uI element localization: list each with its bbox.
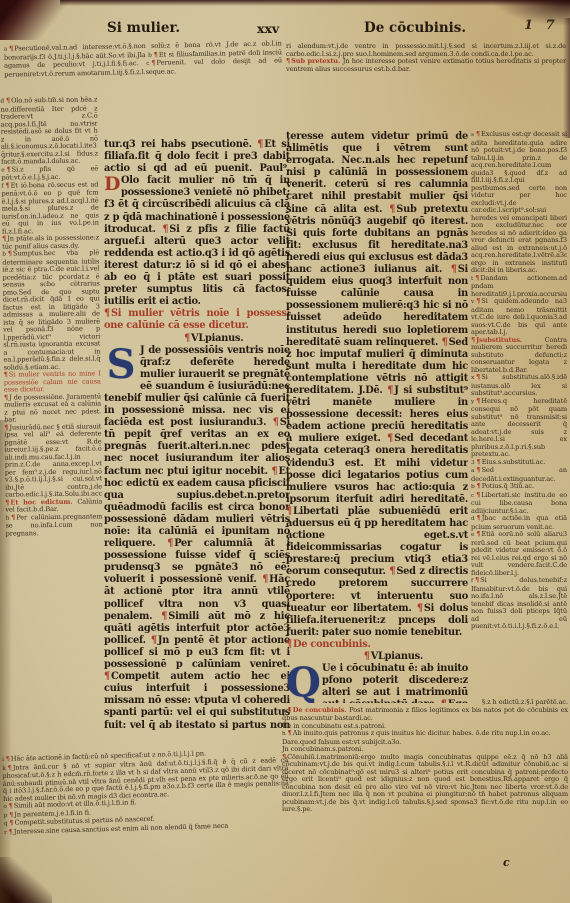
text-content: Competit autem actio hec ei cuius interf…: [104, 671, 290, 731]
text-content: VLpianus.: [371, 651, 423, 662]
gutter-reference-letter: v: [471, 299, 474, 305]
pilcrow-mark: ¶: [442, 337, 449, 348]
gutter-reference-letter: d: [471, 516, 475, 522]
gutter-reference-letter: t: [471, 276, 473, 282]
text-run: ¶Cōnubiū.i.matrimoniū:ergo multo magis c…: [282, 754, 568, 814]
signature-mark: c: [503, 856, 510, 869]
photo-edge-bottom-left: [0, 857, 52, 903]
text-run: x¶Si substitutus.alō.§.idē iustanus.alō …: [471, 374, 567, 398]
text-run: h¶Per calūniam.pregnantem se no.infa.l.c…: [5, 513, 102, 538]
text-run: ¶Competit autem actio hec ei cuius inter…: [104, 671, 290, 731]
text-run: b¶Sumptus.hec vba plē determinare sequen…: [2, 249, 100, 371]
text-content: ri alendum:vt.j.de ventre in possessio.m…: [286, 42, 566, 58]
gutter-reference-letter: y: [471, 399, 474, 405]
gloss-top-left: a¶Psecutionē.val.n.ad interesse:vt.ō.§.n…: [4, 40, 283, 78]
text-content: Potius.q̄ 3tiū.ac.: [482, 482, 534, 490]
text-content: J de possessiōne. Juramentū mulieris exc…: [4, 392, 101, 424]
gutter-reference-letter: e: [1, 167, 4, 173]
gloss-bottom-left: i¶Hāc āte actionē.in factū:cū nō specifi…: [2, 748, 290, 837]
text-run: QUe i cōcubinatu ē: ab inuito pfono pote…: [322, 663, 468, 703]
text-content: teresse autem videtur primū de alimētis …: [286, 131, 468, 215]
folio-numeral: xxv: [257, 21, 279, 36]
text-run: ¶Et hoc edictū ex eadem causa pficiscif …: [104, 466, 290, 550]
running-title-right: De cōcubinis.: [364, 20, 466, 36]
rubric-entry: ¶De concubinis.: [286, 639, 468, 651]
text-content: Si quidem eius quoq3 interfuit non fuiss…: [286, 264, 468, 348]
text-content: Ue i cōcubinatu ē: ab inuito pfono poter…: [322, 663, 468, 703]
gutter-reference-letter: c: [146, 61, 149, 67]
gutter-reference-letter: h: [5, 515, 9, 521]
pilcrow-mark: ¶: [104, 671, 111, 682]
text-content: Ab inuito.quis patronus z quis inuitus h…: [293, 729, 551, 737]
text-run: ¶J de possessiōne. Juramentū mulieris ex…: [4, 393, 101, 424]
gutter-reference-letter: b: [471, 484, 475, 490]
gutter-reference-letter: 3: [471, 460, 475, 466]
pilcrow-mark: ¶: [151, 635, 158, 646]
main-text-right-column: teresse autem videtur primū de alimētis …: [286, 131, 468, 703]
text-content: tur.q3 rei habs psecutionē.: [104, 139, 252, 150]
lombard-initial-Q: Q: [286, 666, 320, 700]
gutter-reference-letter: c: [471, 493, 474, 499]
rubric-entry: ¶Jsubstitutus. Contra mulierem succurrit…: [471, 337, 567, 375]
main-text-left-column: tur.q3 rei habs psecutionē. ¶Et si filia…: [104, 139, 290, 731]
text-run: ri alendum:vt.j.de ventre in possessio.m…: [286, 43, 566, 58]
text-run: t¶Dandam actionem.ad pndam hereditati9.j…: [471, 275, 567, 299]
text-run: a¶Sed an decedāt.i.extinguantur.ac.: [471, 467, 567, 483]
pilcrow-mark: ¶: [184, 333, 191, 344]
text-run: ¶Si z pfis z filie factū arguef.i alterū…: [104, 224, 290, 308]
rubric-entry: g¶De concubinis. Post matrimonia z filio…: [282, 707, 568, 723]
text-content: Si mulier vētris noīe i possessi one cal…: [104, 308, 290, 331]
gutter-reference-letter: d: [0, 99, 4, 105]
text-content: Jbac actiōe.in qua etiā pcium seruorum v…: [471, 514, 567, 531]
rubric-entry: ¶Si mulier vētris noīe i possessi one ca…: [104, 308, 290, 332]
gutter-reference-letter: h: [282, 731, 286, 737]
lombard-initial-D: D: [104, 176, 119, 193]
text-run: y¶Heres.q hereditatē consequi nō pōt qua…: [471, 398, 567, 459]
gutter-reference-letter: k: [2, 765, 6, 771]
text-content: Si z pfis z filie factū arguef.i alterū …: [104, 224, 290, 308]
rubric-entry: ¶Si mulier ventris no mine I possessiōe …: [4, 370, 101, 394]
pilcrow-mark: ¶: [273, 417, 280, 428]
gutter-reference-letter: i: [2, 757, 4, 763]
gutter-reference-letter: f: [471, 578, 473, 584]
text-content: Jusiurādū.nec § etiā siurauit ipsa vel a…: [4, 422, 102, 499]
text-run: d¶Jbac actiōe.in qua etiā pcium seruorum…: [471, 515, 567, 531]
gutter-reference-letter: s: [471, 132, 474, 138]
text-content: Si substitutus.alō.§.idē iustanus.alō le…: [471, 373, 567, 397]
pilcrow-mark: ¶: [451, 264, 458, 275]
text-run: f¶Si dolus.tenebif:z Ifamabitur:vt.ō.de …: [471, 577, 567, 631]
text-content: Et iō.bona rō.secus est ad penā:vt.ō.ō e…: [1, 180, 98, 235]
gloss-top-right: ri alendum:vt.j.de ventre in possessio.m…: [286, 43, 566, 73]
text-content: Per calūniam.pregnantem se no.infa.l.cum…: [5, 512, 102, 537]
photo-edge-right: [563, 18, 570, 138]
text-content: Exclusus est:qr decessit si adita heredi…: [471, 131, 567, 274]
text-run: s¶Exclusus est:qr decessit si adita here…: [471, 131, 567, 275]
gutter-reference-letter: o: [3, 804, 7, 810]
text-content: Heres.q hereditatē consequi nō pōt quam …: [471, 397, 567, 459]
pilcrow-mark: ¶: [104, 308, 111, 319]
text-content: Sumptus.hec vba plē determinare sequenti…: [2, 248, 100, 371]
text-content: Cōnubiū.i.matrimoniū:ergo multo magis co…: [282, 753, 568, 814]
text-run: tur.q3 rei habs psecutionē.: [104, 139, 252, 150]
text-run: teresse autem videtur primū de alimētis …: [286, 131, 468, 215]
text-content: De concubinis.: [293, 639, 371, 650]
gloss-lemma: De concubinis.: [293, 706, 349, 714]
running-title-left: Si mulier.: [107, 20, 180, 36]
text-run: v¶Si quidem.adeundo na3 aditam nemo trās…: [471, 298, 567, 337]
gutter-reference-letter: q: [4, 821, 8, 827]
text-run: SJ de possessiōis ventris noīe q̄raf:z d…: [104, 345, 290, 429]
text-content: Et hoc edictū ex eadem causa pficiscif q…: [104, 466, 290, 550]
page-number: 1 7: [524, 18, 559, 33]
pilcrow-mark: ¶: [364, 651, 371, 662]
text-run: e¶Etiā eorū.nō solū aliaru3 rerū.sed cū …: [471, 531, 567, 577]
text-content: Si quidem.adeundo na3 aditam nemo trāsmi…: [471, 297, 567, 336]
gutter-reference-letter: r: [4, 829, 7, 835]
text-content: Olo.nō sub.tm̄.si non hēa.z no.different…: [0, 96, 98, 165]
book-page-scan: Si mulier. xxv De cōcubinis. 1 7 a¶Psecu…: [0, 0, 570, 903]
gutter-reference-letter: g: [282, 708, 286, 714]
text-content: Si.z pfis qō eē pōt:vt.ō.e.l.j.§.j.ac.: [1, 164, 98, 182]
pilcrow-mark: ¶: [286, 639, 293, 650]
gutter-reference-letter: p: [4, 812, 8, 818]
text-run: c¶Libertati.sic institu.de eo cui libe.c…: [471, 492, 567, 516]
text-content: VLpianus.: [191, 333, 243, 344]
text-run: ¶Si quidem eius quoq3 interfuit non fuis…: [286, 264, 468, 348]
lombard-initial-S: S: [104, 348, 138, 382]
text-content: Dandam actionem.ad pndam hereditati9.j.l…: [471, 274, 567, 298]
text-content: Etiā eorū.nō solū aliaru3 rerū.sed cū be…: [471, 530, 567, 577]
text-run: f¶Et iō.bona rō.secus est ad penā:vt.ō.ō…: [1, 181, 99, 236]
gutter-reference-letter: x: [471, 375, 474, 381]
text-content: Libertati.sic institu.de eo cui libe.cau…: [471, 491, 567, 515]
pilcrow-mark: ¶: [417, 603, 424, 614]
gutter-reference-letter: b: [2, 252, 6, 258]
rubric-entry: ¶Sub pretextu. Jn hoc interesse potest v…: [286, 58, 566, 73]
photo-edge-top-left: [0, 0, 92, 40]
gloss-bottom-right: §.z h edictū.z.§.ī parētē.ac. g¶De concu…: [282, 699, 568, 814]
gutter-reference-letter: a: [4, 47, 7, 53]
text-run: ¶Jusiurādū.nec § etiā siurauit ipsa vel …: [4, 423, 102, 499]
text-content: Si dolus.tenebif:z Ifamabitur:vt.ō.de bi…: [471, 576, 567, 630]
photo-edge-top: [60, 0, 570, 6]
gloss-left-margin: d¶Olo.nō sub.tm̄.si non hēa.z no.differe…: [0, 96, 102, 537]
text-content: Sed an decedāt.i.extinguantur.ac.: [471, 466, 567, 483]
gutter-reference-letter: b: [148, 52, 152, 58]
gutter-reference-letter: f: [1, 183, 3, 189]
text-content: Eius.s.substituti.ac.: [482, 458, 546, 466]
text-content: Si mulier ventris no mine I possessiōe c…: [4, 369, 101, 393]
gloss-right-margin: s¶Exclusus est:qr decessit si adita here…: [471, 131, 567, 631]
gutter-reference-letter: e: [471, 532, 474, 538]
pilcrow-mark: ¶: [286, 506, 293, 517]
gutter-reference-letter: a: [471, 468, 474, 474]
pilcrow-mark: ¶: [272, 466, 279, 477]
text-run: d¶Olo.nō sub.tm̄.si non hēa.z no.differe…: [0, 96, 98, 166]
